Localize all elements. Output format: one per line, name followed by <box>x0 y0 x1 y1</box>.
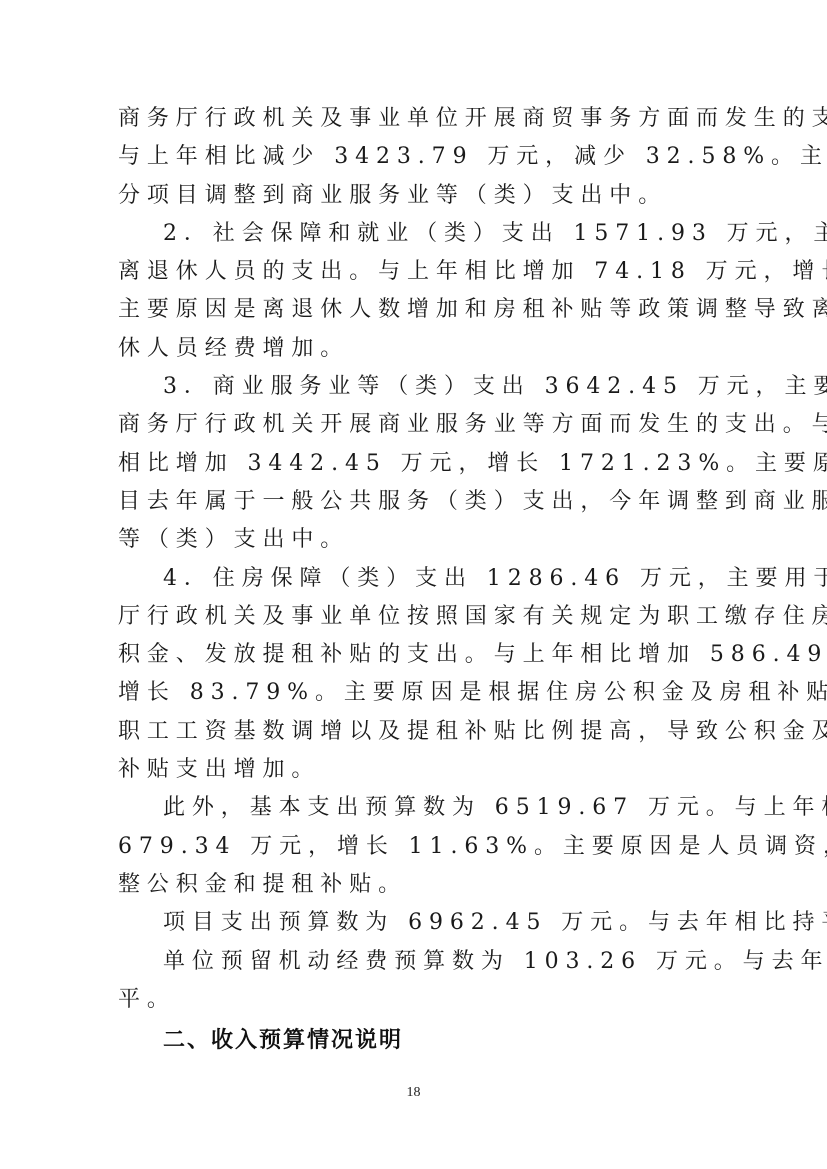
text-line: 补贴支出增加。 <box>118 751 718 789</box>
text-line: 2．社会保障和就业（类）支出 1571.93 万元，主要用于 <box>118 215 718 253</box>
text-line: 职工工资基数调增以及提租补贴比例提高，导致公积金及提租 <box>118 713 718 751</box>
text-line: 此外，基本支出预算数为 6519.67 万元。与上年相比增加 <box>118 789 718 827</box>
text-line: 分项目调整到商业服务业等（类）支出中。 <box>118 177 718 215</box>
text-line: 项目支出预算数为 6962.45 万元。与去年相比持平。 <box>118 904 718 942</box>
paragraph-social-security: 2．社会保障和就业（类）支出 1571.93 万元，主要用于 离退休人员的支出。… <box>118 215 718 368</box>
text-line: 商务厅行政机关开展商业服务业等方面而发生的支出。与上年 <box>118 406 718 444</box>
body-text: 商务厅行政机关及事业单位开展商贸事务方面而发生的支出。 与上年相比减少 3423… <box>118 100 718 1019</box>
text-line: 3．商业服务业等（类）支出 3642.45 万元，主要用于省 <box>118 368 718 406</box>
document-page: 商务厅行政机关及事业单位开展商贸事务方面而发生的支出。 与上年相比减少 3423… <box>0 0 827 1169</box>
text-line: 目去年属于一般公共服务（类）支出，今年调整到商业服务业 <box>118 483 718 521</box>
paragraph-housing: 4．住房保障（类）支出 1286.46 万元，主要用于省商务 厅行政机关及事业单… <box>118 560 718 790</box>
text-line: 与上年相比减少 3423.79 万元，减少 32.58%。主要原因是部 <box>118 138 718 176</box>
text-line: 679.34 万元，增长 11.63%。主要原因是人员调资，政策性调 <box>118 828 718 866</box>
text-line: 增长 83.79%。主要原因是根据住房公积金及房租补贴政策， <box>118 674 718 712</box>
text-line: 商务厅行政机关及事业单位开展商贸事务方面而发生的支出。 <box>118 100 718 138</box>
page-number: 18 <box>0 1085 827 1101</box>
text-line: 等（类）支出中。 <box>118 521 718 559</box>
text-line: 相比增加 3442.45 万元，增长 1721.23%。主要原因是部分项 <box>118 445 718 483</box>
paragraph-basic-expenditure: 此外，基本支出预算数为 6519.67 万元。与上年相比增加 679.34 万元… <box>118 789 718 904</box>
text-line: 平。 <box>118 981 718 1019</box>
text-line: 厅行政机关及事业单位按照国家有关规定为职工缴存住房公 <box>118 598 718 636</box>
paragraph-commercial-services: 3．商业服务业等（类）支出 3642.45 万元，主要用于省 商务厅行政机关开展… <box>118 368 718 559</box>
text-line: 主要原因是离退休人数增加和房租补贴等政策调整导致离退 <box>118 291 718 329</box>
paragraph-project-expenditure: 项目支出预算数为 6962.45 万元。与去年相比持平。 <box>118 904 718 942</box>
text-line: 4．住房保障（类）支出 1286.46 万元，主要用于省商务 <box>118 560 718 598</box>
paragraph-reserve-funds: 单位预留机动经费预算数为 103.26 万元。与去年相比持 平。 <box>118 943 718 1020</box>
text-line: 休人员经费增加。 <box>118 330 718 368</box>
text-line: 整公积金和提租补贴。 <box>118 866 718 904</box>
section-heading: 二、收入预算情况说明 <box>163 1023 403 1054</box>
text-line: 积金、发放提租补贴的支出。与上年相比增加 586.49 万元， <box>118 636 718 674</box>
text-line: 单位预留机动经费预算数为 103.26 万元。与去年相比持 <box>118 943 718 981</box>
text-line: 离退休人员的支出。与上年相比增加 74.18 万元，增长 4.95%。 <box>118 253 718 291</box>
paragraph-commerce-continuation: 商务厅行政机关及事业单位开展商贸事务方面而发生的支出。 与上年相比减少 3423… <box>118 100 718 215</box>
